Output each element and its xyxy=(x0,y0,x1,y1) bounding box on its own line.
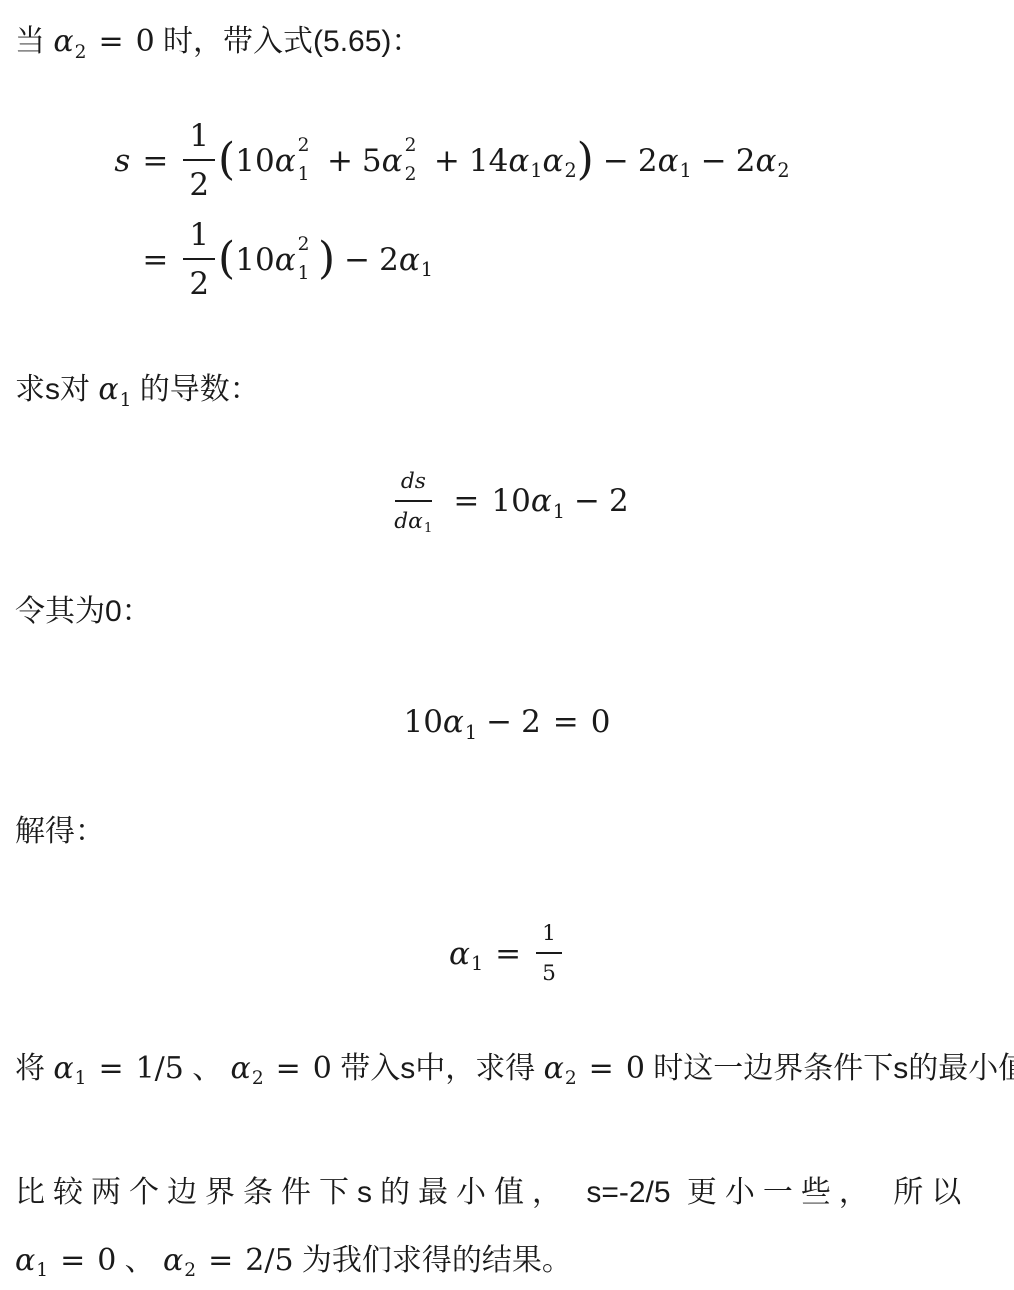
subscript: 1 xyxy=(421,258,433,281)
math-number: 0 xyxy=(313,1051,332,1086)
token: α1 xyxy=(508,145,542,177)
conclusion-line1: 比较两个边界条件下s的最小值， s=-2/5 更小一些， 所以 xyxy=(15,1175,999,1211)
math-variable: α xyxy=(53,24,73,59)
subscript: 1 xyxy=(553,500,565,523)
math-variable: α xyxy=(15,1243,35,1278)
math-operator: = xyxy=(589,1051,614,1086)
math-number: 2 xyxy=(736,143,756,179)
paragraph-solution-intro: 解得： xyxy=(15,814,999,850)
token: 2 xyxy=(189,169,209,201)
math-variable: α xyxy=(658,143,679,179)
subscript: 2 xyxy=(252,1068,264,1089)
math-operator: = xyxy=(208,1243,233,1278)
token: 的导数： xyxy=(131,373,259,406)
math-variable: α xyxy=(544,1051,564,1086)
fraction-numerator: 1 xyxy=(183,120,215,161)
token: α22 xyxy=(382,145,403,177)
text-run: 将 xyxy=(15,1052,53,1085)
subscript: 1 xyxy=(75,1068,87,1089)
math-operator: = xyxy=(142,143,168,179)
text-run: s=-2/5 xyxy=(586,1176,670,1209)
token: α2 xyxy=(231,1052,264,1085)
math-fraction: 15 xyxy=(536,922,562,984)
math-number: 2 xyxy=(189,167,209,203)
equation-align-block: s =12(10α21+5α22+14α1α2)−2α1−2α2 =12(10α… xyxy=(114,120,789,300)
token: s=-2/5 xyxy=(586,1176,670,1209)
subscript: 1 xyxy=(120,390,132,411)
math-variable: α xyxy=(231,1051,251,1086)
token: 时这一边界条件下s的最小值为-1/5。 xyxy=(645,1052,1014,1085)
token: α1 xyxy=(53,1052,86,1085)
token: 1 xyxy=(189,120,209,152)
token: 1/5 xyxy=(136,1052,184,1085)
token: 带入s中，求得 xyxy=(332,1052,544,1085)
token: 将 xyxy=(15,1052,53,1085)
token: = xyxy=(264,1052,313,1085)
text-run: 比较两个边界条件下s的最小值， xyxy=(15,1176,586,1209)
token: = xyxy=(130,145,180,177)
math-variable: dα xyxy=(394,509,423,534)
paragraph-boundary-min: 将 α1=1/5 、 α2=0 带入s中，求得 α2=0 时这一边界条件下s的最… xyxy=(15,1039,999,1099)
math-variable: ds xyxy=(401,469,426,494)
math-number: ) xyxy=(577,134,594,185)
fraction-denominator: dα1 xyxy=(388,502,438,533)
sup-sub-stack: 21 xyxy=(298,137,310,185)
math-operator: = xyxy=(142,242,168,278)
token: 令其为0： xyxy=(15,595,152,628)
math-number: 0 xyxy=(136,24,155,59)
token: 、 xyxy=(184,1052,231,1085)
equation-derivative: dsdα1=10α1−2 xyxy=(15,470,999,532)
token: α1 xyxy=(658,145,692,177)
math-number: 10 xyxy=(403,704,442,740)
math-fraction: 12 xyxy=(183,219,215,300)
math-variable: α xyxy=(543,143,564,179)
math-variable: α xyxy=(443,704,464,740)
token: α1 xyxy=(15,1244,48,1277)
text-run: 时这一边界条件下s的最小值为-1/5。 xyxy=(645,1052,1014,1085)
token: 、 xyxy=(116,1244,163,1277)
text-run: 当 xyxy=(15,25,53,58)
math-operator: = xyxy=(495,936,521,972)
token: 10 xyxy=(403,706,442,738)
subscript: 2 xyxy=(184,1260,196,1281)
math-number: ) xyxy=(318,233,335,284)
token: ( xyxy=(218,138,235,182)
token: − xyxy=(477,706,521,738)
token: = xyxy=(196,1244,245,1277)
token: − xyxy=(565,485,609,517)
equation-alpha1-line: α1=15 xyxy=(449,922,565,984)
math-number: 1 xyxy=(189,217,209,253)
token: 10 xyxy=(491,485,530,517)
token: α2 xyxy=(543,145,577,177)
token: 1 xyxy=(542,922,556,945)
token: α1 xyxy=(399,244,433,276)
document-page: { "page": { "background": "#ffffff", "te… xyxy=(0,0,1014,1290)
subscript: 2 xyxy=(564,159,576,182)
equation-rhs-line2: =12(10α21)−2α1 xyxy=(130,219,789,300)
subscript: 1 xyxy=(680,159,692,182)
equation-s-substitution: s =12(10α21+5α22+14α1α2)−2α1−2α2 =12(10α… xyxy=(15,120,999,300)
token: 为我们求得的结果。 xyxy=(294,1244,572,1277)
text-run: 带入s中，求得 xyxy=(332,1052,544,1085)
token: 2 xyxy=(638,145,658,177)
fraction-numerator: ds xyxy=(395,470,432,502)
subscript: 1 xyxy=(471,952,483,975)
token: = xyxy=(441,485,491,517)
token: 时，带入式(5.65)： xyxy=(155,25,422,58)
subscript: 1 xyxy=(298,166,310,185)
equation-rhs-line1: =12(10α21+5α22+14α1α2)−2α1−2α2 xyxy=(130,120,789,201)
equation-lhs-line2 xyxy=(114,219,130,300)
math-number: ( xyxy=(218,134,235,185)
equation-solve-zero-line: 10α1−2=0 xyxy=(403,706,610,738)
math-variable: α xyxy=(275,143,296,179)
conclusion-line2: α1=0 、 α2=2/5 为我们求得的结果。 xyxy=(15,1243,999,1279)
math-variable: α xyxy=(399,242,420,278)
token: 5 xyxy=(362,145,382,177)
math-fraction: dsdα1 xyxy=(388,470,438,532)
token: + xyxy=(318,145,362,177)
token: = xyxy=(48,1244,97,1277)
math-number: 10 xyxy=(235,143,274,179)
fraction-denominator: 5 xyxy=(536,954,562,985)
fraction-denominator: 2 xyxy=(183,260,215,300)
math-fraction: 12 xyxy=(183,120,215,201)
math-number: 1 xyxy=(542,921,556,946)
token: = xyxy=(130,244,180,276)
token: α2 xyxy=(163,1244,196,1277)
token: = xyxy=(577,1052,626,1085)
token: 解得： xyxy=(15,815,105,848)
math-number: 2 xyxy=(379,242,399,278)
token: = xyxy=(86,25,135,58)
token: = xyxy=(483,938,533,970)
math-number: 10 xyxy=(235,242,274,278)
equation-solve-zero: 10α1−2=0 xyxy=(15,706,999,738)
paragraph-when-alpha2-zero: 当 α2=0 时，带入式(5.65)： xyxy=(15,24,999,60)
token: − xyxy=(335,244,379,276)
equation-alpha1-value: α1=15 xyxy=(15,922,999,984)
fraction-numerator: 1 xyxy=(536,922,562,954)
subscript: 1 xyxy=(298,265,310,284)
token: + xyxy=(425,145,469,177)
token: α2 xyxy=(53,25,86,58)
token: α21 xyxy=(275,145,296,177)
paragraph-conclusion: 比较两个边界条件下s的最小值， s=-2/5 更小一些， 所以 α1=0 、 α… xyxy=(15,1175,999,1279)
subscript: 1 xyxy=(424,521,433,536)
token: α1 xyxy=(98,373,131,406)
subscript: 2 xyxy=(405,166,417,185)
math-variable: α xyxy=(755,143,776,179)
math-number: 0 xyxy=(97,1243,116,1278)
math-operator: = xyxy=(60,1243,85,1278)
token: 2/5 xyxy=(245,1244,293,1277)
math-operator: = xyxy=(553,704,579,740)
token: 10 xyxy=(235,145,274,177)
text-run: 、 xyxy=(116,1244,163,1277)
sup-sub-stack: 21 xyxy=(298,236,310,284)
math-variable: α xyxy=(382,143,403,179)
token: 2 xyxy=(521,706,541,738)
token: dα1 xyxy=(394,510,432,533)
equation-lhs-line1: s xyxy=(114,120,130,201)
token: − xyxy=(692,145,736,177)
math-number: 5 xyxy=(542,961,556,986)
math-variable: α xyxy=(163,1243,183,1278)
math-number: 0 xyxy=(591,704,611,740)
token: 0 xyxy=(136,25,155,58)
math-operator: = xyxy=(98,24,123,59)
text-run: 时，带入式(5.65)： xyxy=(155,25,422,58)
fraction-denominator: 2 xyxy=(183,161,215,201)
token: ) xyxy=(318,237,335,281)
token: 2 xyxy=(736,145,756,177)
text-run: 解得： xyxy=(15,815,105,848)
subscript: 2 xyxy=(565,1068,577,1089)
token: = xyxy=(541,706,591,738)
text-run: 、 xyxy=(184,1052,231,1085)
math-operator: + xyxy=(327,143,353,179)
math-operator: − xyxy=(344,242,370,278)
math-operator: = xyxy=(98,1051,123,1086)
token: 14 xyxy=(469,145,508,177)
token: ( xyxy=(218,237,235,281)
token: 5 xyxy=(542,962,556,985)
math-operator: − xyxy=(603,143,629,179)
math-variable: α xyxy=(53,1051,73,1086)
fraction-numerator: 1 xyxy=(183,219,215,260)
token: ds xyxy=(401,470,426,493)
math-number: 1/5 xyxy=(136,1051,184,1086)
token: = xyxy=(86,1052,135,1085)
token: 0 xyxy=(591,706,611,738)
subscript: 1 xyxy=(465,721,477,744)
token: α2 xyxy=(755,145,789,177)
math-number: 0 xyxy=(626,1051,645,1086)
token: ) xyxy=(577,138,594,182)
token: 1 xyxy=(189,219,209,251)
token: 0 xyxy=(97,1244,116,1277)
token: α1 xyxy=(443,706,477,738)
math-number: 5 xyxy=(362,143,382,179)
math-number: 1 xyxy=(189,118,209,154)
text-run: 更小一些， 所以 xyxy=(671,1176,970,1209)
math-number: 10 xyxy=(491,483,530,519)
token: 比较两个边界条件下s的最小值， xyxy=(15,1176,586,1209)
subscript: 2 xyxy=(777,159,789,182)
paragraph-derivative-intro: 求s对 α1 的导数： xyxy=(15,372,999,408)
math-number: 2 xyxy=(521,704,541,740)
token: α1 xyxy=(531,485,565,517)
equation-derivative-line: dsdα1=10α1−2 xyxy=(385,470,628,532)
subscript: 1 xyxy=(530,159,542,182)
subscript: 1 xyxy=(36,1260,48,1281)
superscript: 2 xyxy=(298,137,310,156)
math-number: 14 xyxy=(469,143,508,179)
token: 求s对 xyxy=(15,373,98,406)
token: 2 xyxy=(189,268,209,300)
math-number: 2 xyxy=(189,266,209,302)
math-operator: − xyxy=(701,143,727,179)
token: 更小一些， 所以 xyxy=(671,1176,970,1209)
math-variable: s xyxy=(114,143,130,179)
sup-sub-stack: 22 xyxy=(405,137,417,185)
math-number: ( xyxy=(218,233,235,284)
token: − xyxy=(594,145,638,177)
token: s xyxy=(114,145,130,177)
math-variable: α xyxy=(531,483,552,519)
math-variable: α xyxy=(98,372,118,407)
math-number: 2 xyxy=(609,483,629,519)
token: 当 xyxy=(15,25,53,58)
math-operator: = xyxy=(453,483,479,519)
math-operator: − xyxy=(486,704,512,740)
math-number: 2 xyxy=(638,143,658,179)
text-run: 的导数： xyxy=(131,373,259,406)
token: 2 xyxy=(609,485,629,517)
superscript: 2 xyxy=(405,137,417,156)
math-operator: + xyxy=(434,143,460,179)
math-variable: α xyxy=(508,143,529,179)
token: 10 xyxy=(235,244,274,276)
token: α2 xyxy=(544,1052,577,1085)
math-operator: = xyxy=(276,1051,301,1086)
math-operator: − xyxy=(574,483,600,519)
text-run: 令其为0： xyxy=(15,595,152,628)
subscript: 2 xyxy=(75,42,87,63)
text-run: 求s对 xyxy=(15,373,98,406)
paragraph-set-zero: 令其为0： xyxy=(15,594,999,630)
token: 0 xyxy=(313,1052,332,1085)
math-variable: α xyxy=(275,242,296,278)
math-number: 2/5 xyxy=(245,1243,293,1278)
token: 0 xyxy=(626,1052,645,1085)
math-variable: α xyxy=(449,936,470,972)
token: α21 xyxy=(275,244,296,276)
token: 2 xyxy=(379,244,399,276)
superscript: 2 xyxy=(298,236,310,255)
text-run: 为我们求得的结果。 xyxy=(294,1244,572,1277)
token: α1 xyxy=(449,938,483,970)
